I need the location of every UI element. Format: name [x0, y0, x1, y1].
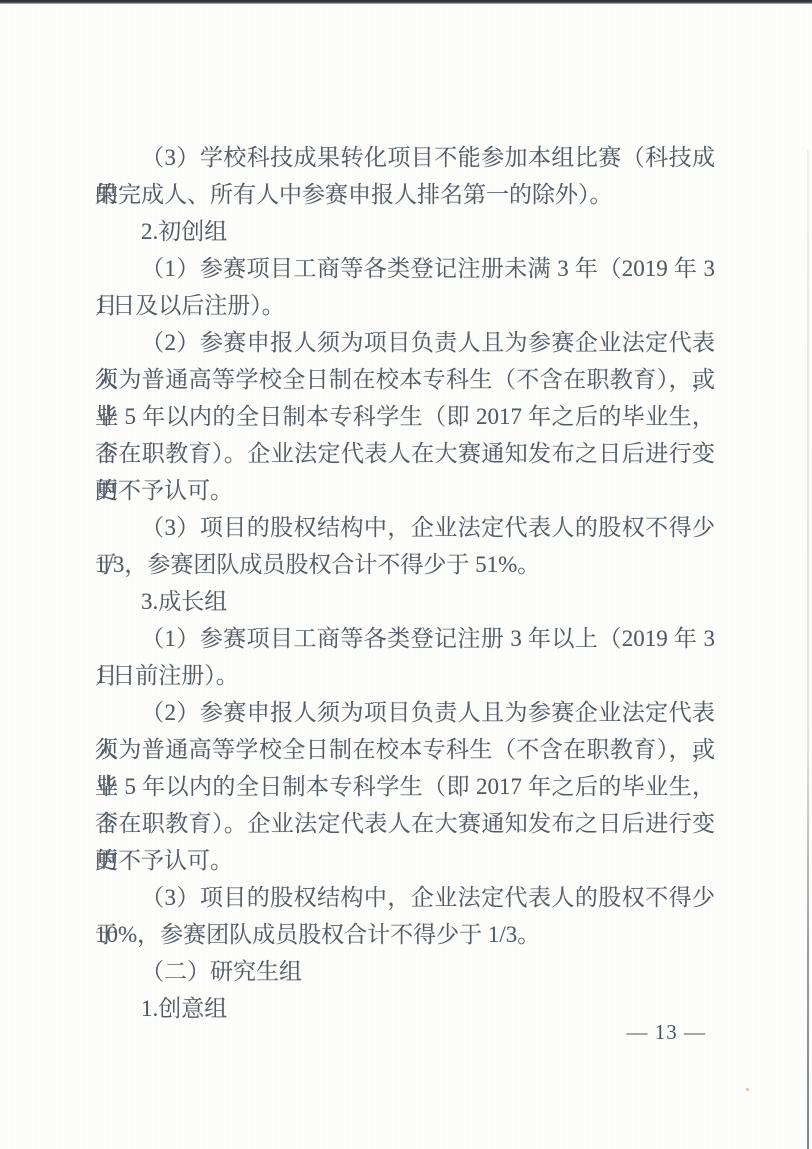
paragraph-line: 须为普通高等学校全日制在校本专科生（不含在职教育），或毕	[95, 361, 715, 398]
paragraph-line: 业 5 年以内的全日制本专科学生（即 2017 年之后的毕业生，不	[95, 768, 715, 805]
section-heading: 3.成长组	[95, 583, 715, 620]
paragraph-line: （3）项目的股权结构中，企业法定代表人的股权不得少于	[95, 509, 715, 546]
paragraph-line: 10%，参赛团队成员股权合计不得少于 1/3。	[95, 916, 715, 953]
paragraph-line: （2）参赛申报人须为项目负责人且为参赛企业法定代表人，	[95, 324, 715, 361]
paragraph-line: 含在职教育）。企业法定代表人在大赛通知发布之日后进行变更	[95, 435, 715, 472]
paragraph-line: 1 日前注册）。	[95, 657, 715, 694]
paragraph-line: 1/3，参赛团队成员股权合计不得少于 51%。	[95, 546, 715, 583]
page-number: — 13 —	[627, 1019, 707, 1045]
scan-edge-right	[807, 150, 809, 1149]
section-heading: （二）研究生组	[95, 953, 715, 990]
paragraph-line: 的完成人、所有人中参赛申报人排名第一的除外）。	[95, 176, 715, 213]
paragraph-line: 业 5 年以内的全日制本专科学生（即 2017 年之后的毕业生，不	[95, 398, 715, 435]
paragraph-line: （3）学校科技成果转化项目不能参加本组比赛（科技成果	[95, 139, 715, 176]
paragraph-line: （1）参赛项目工商等各类登记注册未满 3 年（2019 年 3 月	[95, 250, 715, 287]
paragraph-line: 须为普通高等学校全日制在校本专科生（不含在职教育），或毕	[95, 731, 715, 768]
section-heading: 1.创意组	[95, 990, 715, 1027]
paragraph-line: （2）参赛申报人须为项目负责人且为参赛企业法定代表人，	[95, 694, 715, 731]
paragraph-line: 1 日及以后注册）。	[95, 287, 715, 324]
paragraph-line: （1）参赛项目工商等各类登记注册 3 年以上（2019 年 3 月	[95, 620, 715, 657]
scan-edge-top	[0, 0, 812, 4]
paragraph-line: 的不予认可。	[95, 842, 715, 879]
section-heading: 2.初创组	[95, 213, 715, 250]
paragraph-line: 的不予认可。	[95, 472, 715, 509]
paragraph-line: （3）项目的股权结构中，企业法定代表人的股权不得少于	[95, 879, 715, 916]
document-body: （3）学校科技成果转化项目不能参加本组比赛（科技成果 的完成人、所有人中参赛申报…	[95, 139, 715, 1027]
paragraph-line: 含在职教育）。企业法定代表人在大赛通知发布之日后进行变更	[95, 805, 715, 842]
scan-speck	[746, 1088, 749, 1091]
scanned-document-page: （3）学校科技成果转化项目不能参加本组比赛（科技成果 的完成人、所有人中参赛申报…	[0, 0, 812, 1149]
